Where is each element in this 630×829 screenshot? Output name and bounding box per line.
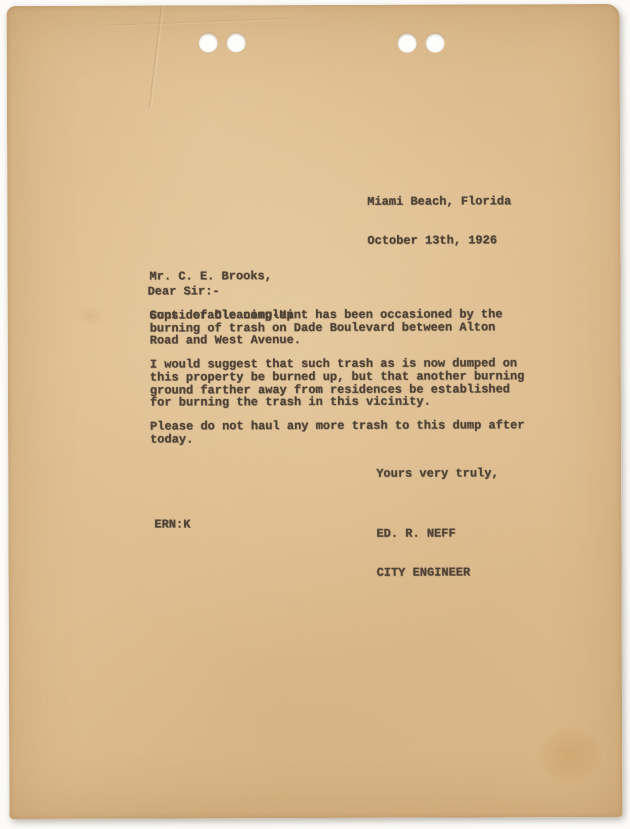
punch-hole <box>426 34 445 53</box>
stain-mark <box>78 306 104 326</box>
crease-mark <box>103 18 293 27</box>
dateline: Miami Beach, Florida October 13th, 1926 <box>367 170 511 272</box>
document-scan: Miami Beach, Florida October 13th, 1926 … <box>0 0 630 829</box>
dateline-date: October 13th, 1926 <box>367 234 511 247</box>
dateline-city: Miami Beach, Florida <box>367 196 511 209</box>
salutation: Dear Sir:- <box>148 285 220 298</box>
letter-paragraph: I would suggest that such trash as is no… <box>150 357 527 409</box>
letter-paragraph: Please do not haul any more trash to thi… <box>150 419 527 446</box>
reference-initials: ERN:K <box>154 518 190 531</box>
letter-paper: Miami Beach, Florida October 13th, 1926 … <box>7 4 623 819</box>
punch-hole <box>199 33 218 52</box>
stain-mark <box>537 726 603 784</box>
letter-paragraph: Considerable complaint has been occasion… <box>150 308 527 347</box>
punch-hole <box>227 33 246 52</box>
crease-mark <box>149 6 164 108</box>
letter-body: Considerable complaint has been occasion… <box>150 308 527 457</box>
recipient-name: Mr. C. E. Brooks, <box>150 270 294 283</box>
punch-hole <box>398 34 417 53</box>
closing: Yours very truly, <box>376 467 498 480</box>
signature-block: ED. R. NEFF CITY ENGINEER <box>376 502 470 604</box>
signature-title: CITY ENGINEER <box>377 566 471 579</box>
signature-name: ED. R. NEFF <box>376 528 470 541</box>
